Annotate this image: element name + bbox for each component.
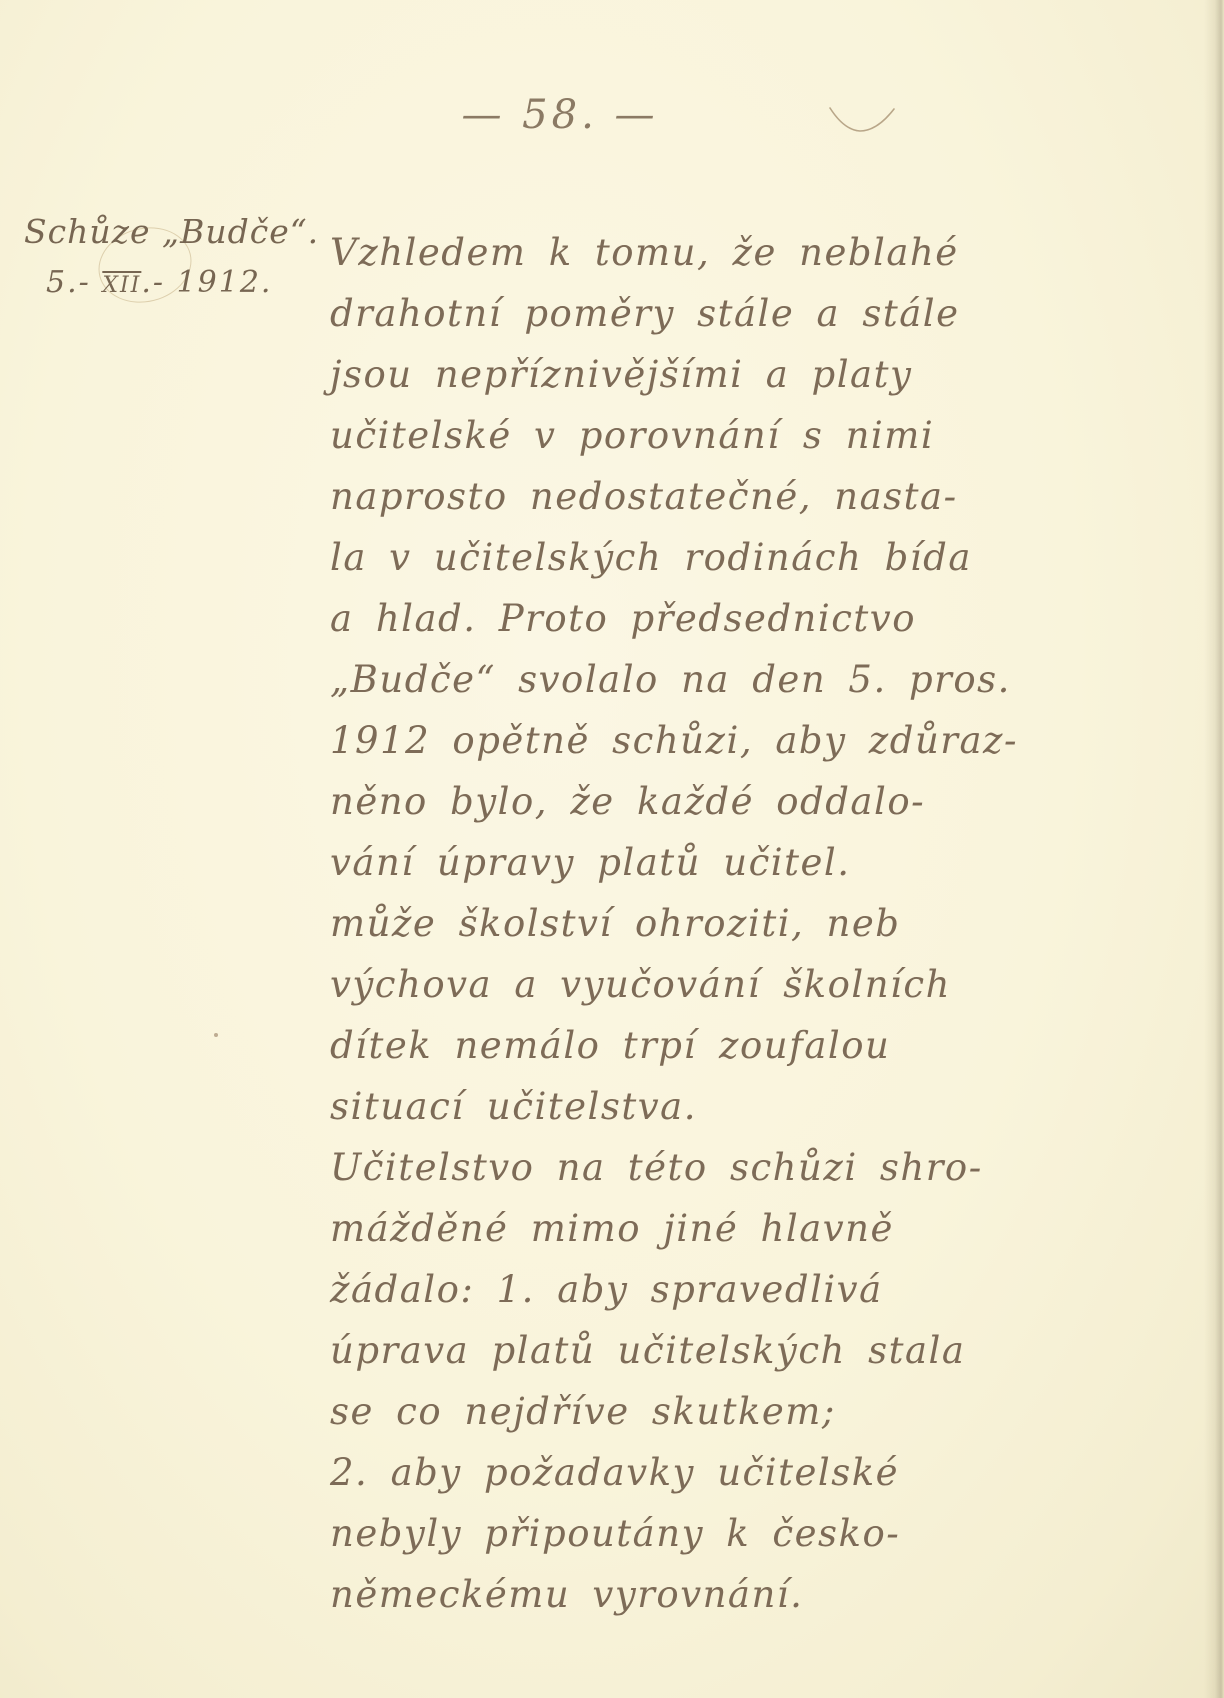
body-text: Vzhledem k tomu, že neblahédrahotní pomě…: [330, 222, 1070, 1625]
margin-date-year: .- 1912.: [141, 265, 272, 300]
text-line: dítek nemálo trpí zoufalou: [330, 1015, 1070, 1076]
text-line: žádalo: 1. aby spravedlivá: [330, 1259, 1070, 1320]
text-line: „Budče“ svolalo na den 5. pros.: [330, 649, 1070, 710]
text-line: a hlad. Proto předsednictvo: [330, 588, 1070, 649]
margin-note-date: 5.- XII.- 1912.: [24, 265, 314, 300]
text-line: německému vyrovnání.: [330, 1564, 1070, 1625]
text-line: úprava platů učitelských stala: [330, 1320, 1070, 1381]
text-line: drahotní poměry stále a stále: [330, 283, 1070, 344]
text-line: něno bylo, že každé oddalo-: [330, 771, 1070, 832]
text-line: může školství ohroziti, neb: [330, 893, 1070, 954]
text-line: la v učitelských rodinách bída: [330, 527, 1070, 588]
stray-pen-mark: [822, 100, 912, 140]
manuscript-page: — 58. — Schůze „Budče“. 5.- XII.- 1912. …: [0, 0, 1224, 1698]
page-edge-shadow: [1204, 0, 1224, 1698]
text-line: naprosto nedostatečné, nasta-: [330, 466, 1070, 527]
text-line: se co nejdříve skutkem;: [330, 1381, 1070, 1442]
text-line: mážděné mimo jiné hlavně: [330, 1198, 1070, 1259]
ink-speck: [214, 1033, 218, 1037]
text-line: jsou nepříznivějšími a platy: [330, 344, 1070, 405]
text-line: Učitelstvo na této schůzi shro-: [330, 1137, 1070, 1198]
text-line: 1912 opětně schůzi, aby zdůraz-: [330, 710, 1070, 771]
margin-date-month-roman: XII: [102, 273, 141, 298]
text-line: Vzhledem k tomu, že neblahé: [330, 222, 1070, 283]
text-line: učitelské v porovnání s nimi: [330, 405, 1070, 466]
page-number: — 58. —: [380, 92, 740, 138]
text-line: výchova a vyučování školních: [330, 954, 1070, 1015]
margin-note: Schůze „Budče“. 5.- XII.- 1912.: [24, 212, 314, 300]
margin-date-day: 5.-: [46, 265, 91, 300]
text-line: vání úpravy platů učitel.: [330, 832, 1070, 893]
text-line: nebyly připoutány k česko-: [330, 1503, 1070, 1564]
text-line: 2. aby požadavky učitelské: [330, 1442, 1070, 1503]
text-line: situací učitelstva.: [330, 1076, 1070, 1137]
margin-note-title: Schůze „Budče“.: [24, 212, 314, 251]
